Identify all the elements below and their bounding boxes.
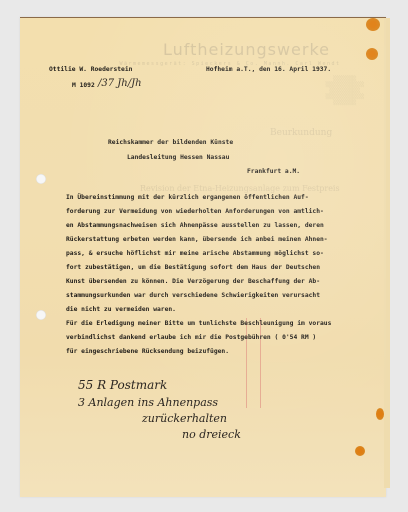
letterhead-company: Luftheizungswerke: [110, 40, 330, 59]
body-line: Rückerstattung erbeten werden kann, über…: [66, 236, 328, 243]
place-date: Hofheim a.T., den 16. April 1937.: [206, 66, 331, 73]
handwritten-note: 3 Anlagen ins Ahnenpass: [78, 396, 218, 409]
rust-stain: [366, 48, 378, 60]
paper-edge: [384, 18, 390, 488]
rust-stain: [376, 408, 384, 420]
ghost-revision-heading: Revision der Etna-Heizungsanlage zum Fes…: [140, 186, 380, 192]
reference-number: M 1092: [72, 82, 95, 89]
rust-stain: [355, 446, 365, 456]
rust-stain: [366, 18, 380, 31]
red-ruling-line: [246, 318, 247, 408]
body-line: forderung zur Vermeidung von wiederholte…: [66, 208, 324, 215]
body-line: die nicht zu vermeiden waren.: [66, 306, 176, 313]
recipient-line-1: Reichskammer der bildenden Künste: [108, 139, 233, 146]
recipient-line-3: Frankfurt a.M.: [247, 168, 300, 175]
body-line: en Abstammungsnachweisen sich Ahnenpässe…: [66, 222, 324, 229]
body-line: In Übereinstimmung mit der kürzlich erga…: [66, 194, 309, 201]
ghost-text-block: ░░░░░░░░░░░░░░░░░░░░░░░░░░░░░░░░░░░░░░░░: [310, 76, 380, 106]
handwritten-note: no dreieck: [182, 428, 241, 441]
sender-name: Ottilie W. Roederstein: [49, 66, 132, 73]
body-line: verbindlichst dankend erlaube ich mir di…: [66, 334, 316, 341]
punch-hole: [36, 174, 46, 184]
reference-handwritten: /37 Jh/Jh: [98, 78, 142, 89]
ghost-heading: Beurkundung: [270, 128, 380, 139]
recipient-line-2: Landesleitung Hessen Nassau: [127, 154, 229, 161]
handwritten-note: 55 R Postmark: [78, 378, 167, 392]
body-line: stammungsurkunden war durch verschiedene…: [66, 292, 320, 299]
body-line: pass, & ersuche höflichst mir meine aris…: [66, 250, 324, 257]
body-line: Für die Erledigung meiner Bitte um tunli…: [66, 320, 331, 327]
body-line: fort zubestätigen, um die Bestätigung so…: [66, 264, 320, 271]
body-line: für eingeschriebene Rücksendung beizufüg…: [66, 348, 229, 355]
handwritten-note: zurückerhalten: [142, 412, 227, 425]
letter-page: Luftheizungswerke Wärmemessgerät: Spieck…: [20, 17, 386, 497]
punch-hole: [36, 310, 46, 320]
body-line: Kunst übersenden zu können. Die Verzöger…: [66, 278, 320, 285]
red-ruling-line: [260, 318, 261, 408]
